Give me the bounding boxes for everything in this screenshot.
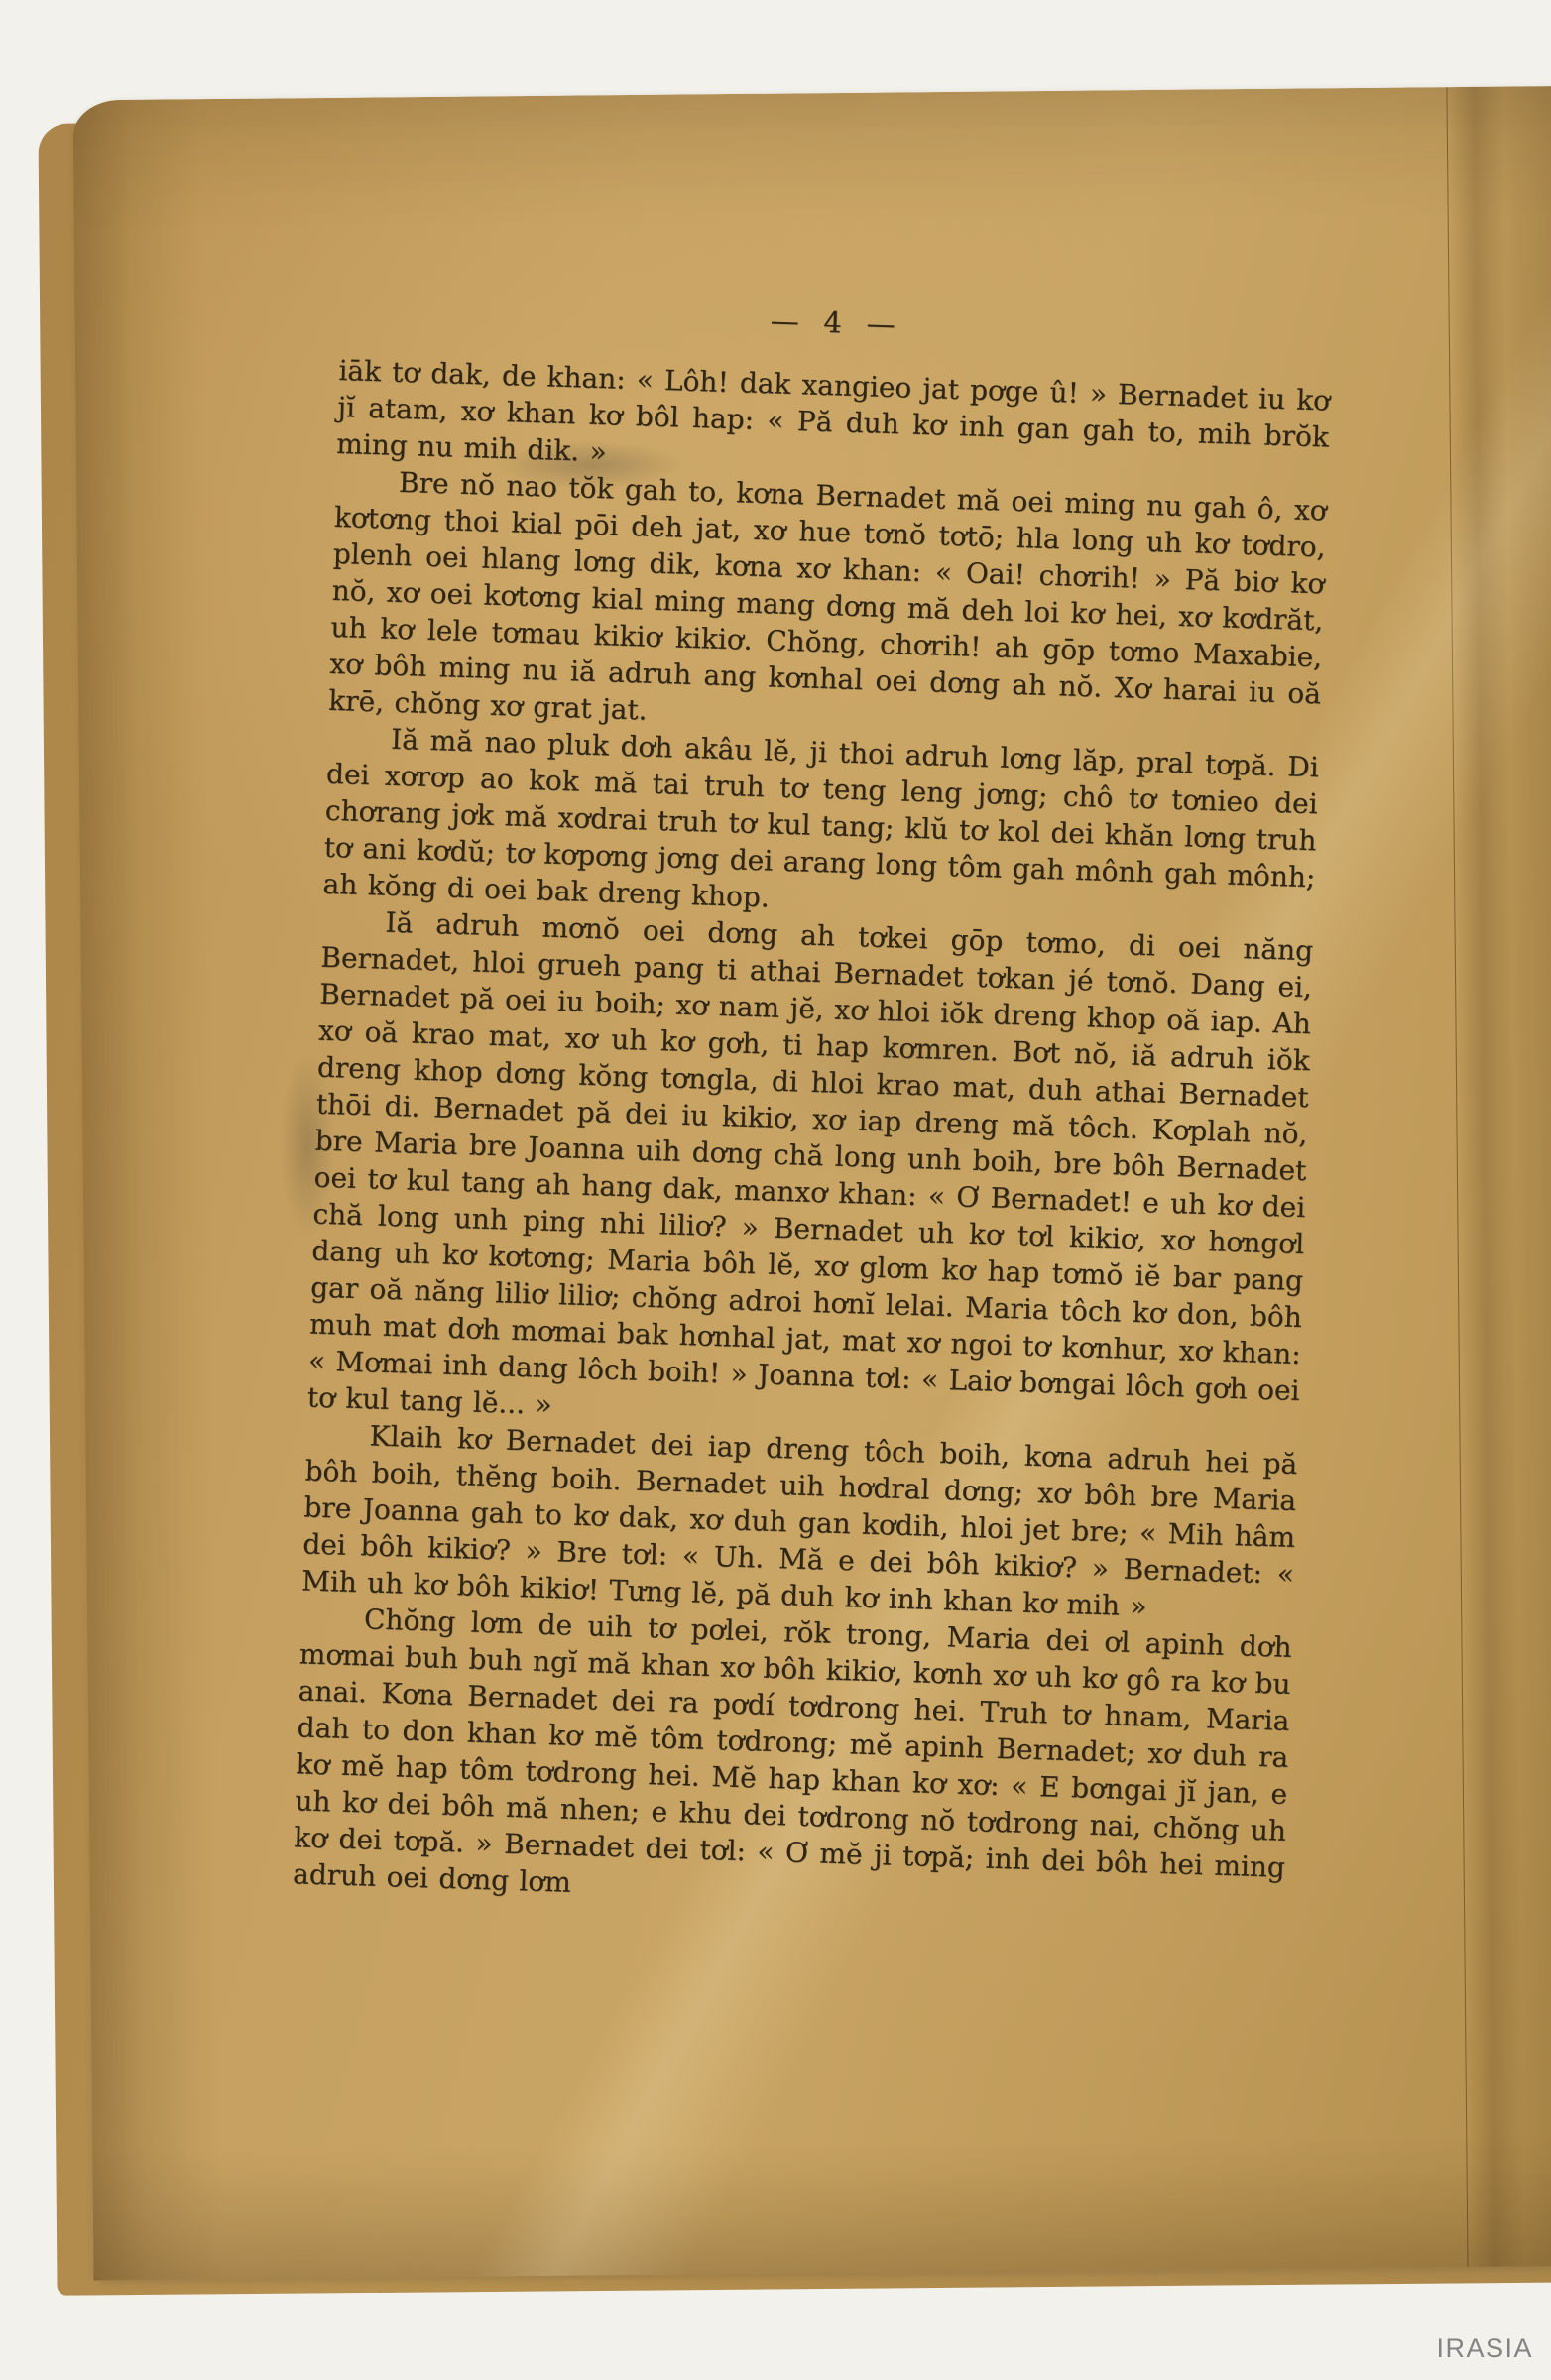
scanned-document-photo: — 4 — iāk tơ dak, de khan: « Lôh! dak xa… [0,0,1551,2380]
irasia-watermark: IRASIA [1436,2333,1533,2364]
paragraph: Iă adruh mơnŏ oei dơng ah tơkei gōp tơmo… [306,902,1313,1446]
text-body: iāk tơ dak, de khan: « Lôh! dak xangieo … [293,352,1331,1923]
paragraph: Chŏng lơm de uih tơ pơlei, rŏk trong, Ma… [293,1599,1293,1922]
paragraph: Iă mă nao pluk dơh akâu lĕ, ji thoi adru… [322,719,1319,932]
paragraph: Klaih kơ Bernadet dei iap dreng tôch boi… [301,1415,1298,1628]
printed-text-block: — 4 — iāk tơ dak, de khan: « Lôh! dak xa… [293,290,1333,1923]
paragraph: Bre nŏ nao tŏk gah to, kơna Bernadet mă … [328,462,1327,749]
